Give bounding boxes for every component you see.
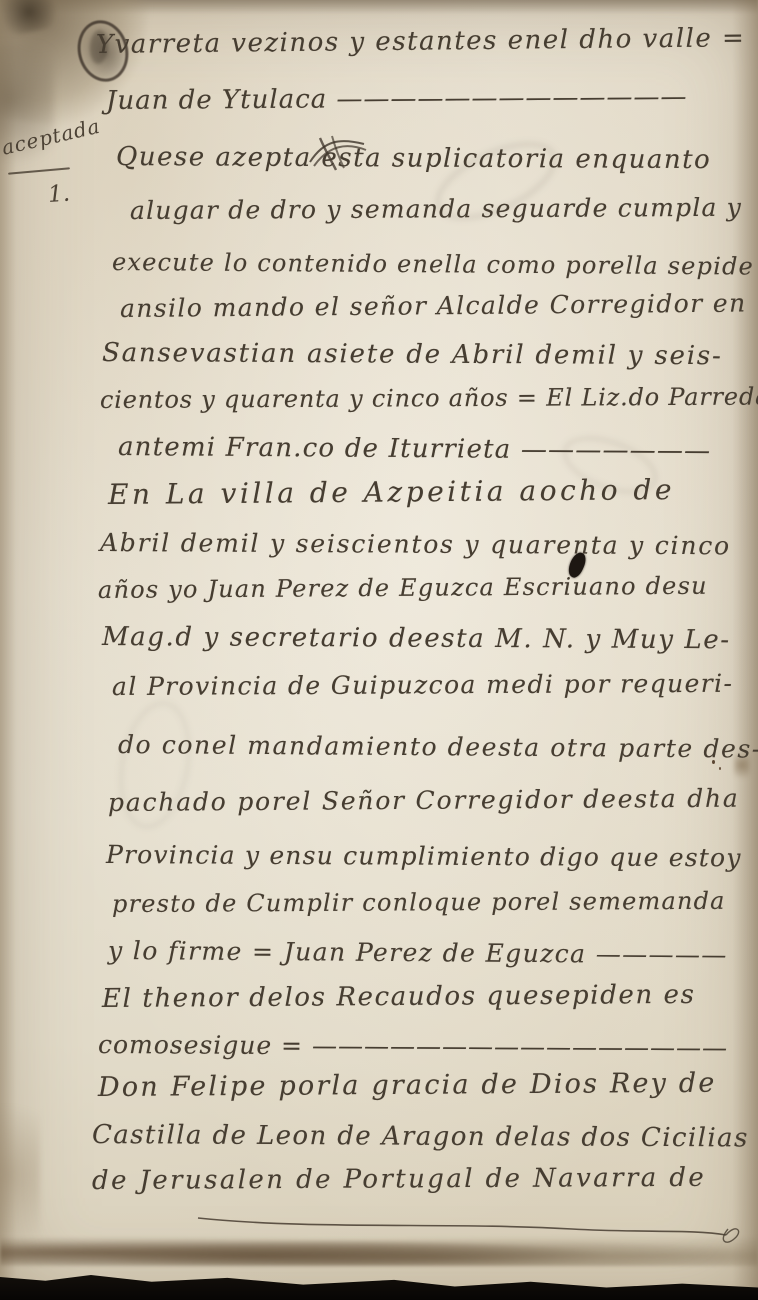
manuscript-line: Juan de Ytulaca ————————————— bbox=[106, 82, 688, 116]
manuscript-line: ansilo mando el señor Alcalde Corregidor… bbox=[120, 289, 747, 323]
manuscript-line: al Provincia de Guipuzcoa medi por reque… bbox=[112, 669, 734, 701]
manuscript-line: execute lo contenido enella como porella… bbox=[112, 248, 754, 280]
manuscript-line: Mag.d y secretario deesta M. N. y Muy Le… bbox=[102, 622, 731, 655]
manuscript-line: Abril demil y seiscientos y quarenta y c… bbox=[100, 528, 731, 560]
manuscript-line: comosesigue = ———————————————— bbox=[98, 1030, 728, 1062]
manuscript-line: y lo firme = Juan Perez de Eguzca ————— bbox=[108, 936, 728, 969]
manuscript-line: años yo Juan Perez de Eguzca Escriuano d… bbox=[98, 572, 708, 604]
manuscript-line: de Jerusalen de Portugal de Navarra de bbox=[92, 1163, 706, 1196]
manuscript-line: El thenor delos Recaudos quesepiden es bbox=[102, 980, 696, 1014]
manuscript-line: Provincia y ensu cumplimiento digo que e… bbox=[106, 840, 742, 872]
manuscript-line: Sansevastian asiete de Abril demil y sei… bbox=[102, 338, 723, 371]
manuscript-line: Don Felipe porla gracia de Dios Rey de bbox=[98, 1068, 717, 1103]
manuscript-line: antemi Fran.co de Iturrieta ——————— bbox=[118, 432, 712, 466]
closing-ink-rule bbox=[192, 1202, 758, 1248]
margin-item-number: 1. bbox=[47, 181, 71, 208]
manuscript-scan: aceptada 1. Yvarreta vezinos y estantes … bbox=[0, 0, 758, 1300]
manuscript-line: Quese azepta esta suplicatoria enquanto bbox=[116, 142, 711, 175]
manuscript-line: presto de Cumplir conloque porel sememan… bbox=[112, 887, 726, 918]
manuscript-line: Castilla de Leon de Aragon delas dos Cic… bbox=[92, 1120, 749, 1153]
manuscript-line: alugar de dro y semanda seguarde cumpla … bbox=[130, 193, 742, 225]
manuscript-line: do conel mandamiento deesta otra parte d… bbox=[118, 730, 758, 763]
manuscript-line: En La villa de Azpeitia aocho de bbox=[108, 473, 675, 511]
manuscript-line: pachado porel Señor Corregidor deesta dh… bbox=[108, 784, 740, 817]
manuscript-line: cientos y quarenta y cinco años = El Liz… bbox=[100, 382, 758, 414]
